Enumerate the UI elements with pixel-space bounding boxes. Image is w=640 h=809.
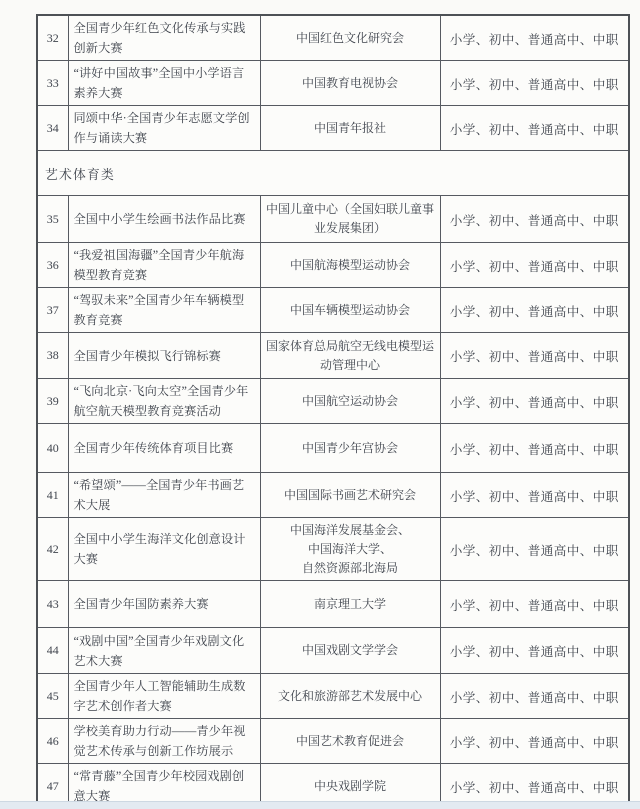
table-row: 42 全国中小学生海洋文化创意设计大赛 中国海洋发展基金会、 中国海洋大学、 自…	[37, 518, 629, 581]
table-row: 45 全国青少年人工智能辅助生成数字艺术创作者大赛 文化和旅游部艺术发展中心 小…	[37, 674, 629, 719]
organizer-cell: 中国儿童中心（全国妇联儿童事 业发展集团）	[260, 196, 440, 243]
row-number-cell: 39	[37, 379, 68, 424]
organizer-cell: 国家体育总局航空无线电模型运 动管理中心	[260, 333, 440, 379]
row-number-cell: 38	[37, 333, 68, 379]
organizer-cell: 中国航空运动协会	[260, 379, 440, 424]
organizer-cell: 中国航海模型运动协会	[260, 243, 440, 288]
school-levels-cell: 小学、初中、普通高中、中职	[440, 674, 629, 719]
school-levels-cell: 小学、初中、普通高中、中职	[440, 628, 629, 674]
competition-name-cell: 全国青少年红色文化传承与实践创新大赛	[68, 15, 260, 61]
competition-name-cell: 全国青少年国防素养大赛	[68, 581, 260, 628]
competition-name-cell: 全国青少年传统体育项目比赛	[68, 424, 260, 473]
row-number-cell: 32	[37, 15, 68, 61]
school-levels-cell: 小学、初中、普通高中、中职	[440, 379, 629, 424]
school-levels-cell: 小学、初中、普通高中、中职	[440, 424, 629, 473]
school-levels-cell: 小学、初中、普通高中、中职	[440, 61, 629, 106]
competition-name-cell: 全国中小学生绘画书法作品比赛	[68, 196, 260, 243]
competition-name-cell: 同颂中华·全国青少年志愿文学创作与诵读大赛	[68, 106, 260, 151]
school-levels-cell: 小学、初中、普通高中、中职	[440, 473, 629, 518]
competition-name-cell: “驾驭未来”全国青少年车辆模型教育竞赛	[68, 288, 260, 333]
school-levels-cell: 小学、初中、普通高中、中职	[440, 719, 629, 764]
organizer-cell: 文化和旅游部艺术发展中心	[260, 674, 440, 719]
row-number-cell: 35	[37, 196, 68, 243]
competition-name-cell: “希望颂”——全国青少年书画艺术大展	[68, 473, 260, 518]
table-row: 43 全国青少年国防素养大赛 南京理工大学 小学、初中、普通高中、中职	[37, 581, 629, 628]
organizer-cell: 中国教育电视协会	[260, 61, 440, 106]
row-number-cell: 42	[37, 518, 68, 581]
table-row: 44 “戏剧中国”全国青少年戏剧文化艺术大赛 中国戏剧文学学会 小学、初中、普通…	[37, 628, 629, 674]
table-row: 38 全国青少年模拟飞行锦标赛 国家体育总局航空无线电模型运 动管理中心 小学、…	[37, 333, 629, 379]
table-row: 40 全国青少年传统体育项目比赛 中国青少年宫协会 小学、初中、普通高中、中职	[37, 424, 629, 473]
table-row: 39 “飞向北京·飞向太空”全国青少年航空航天模型教育竞赛活动 中国航空运动协会…	[37, 379, 629, 424]
school-levels-cell: 小学、初中、普通高中、中职	[440, 196, 629, 243]
competition-name-cell: 全国青少年人工智能辅助生成数字艺术创作者大赛	[68, 674, 260, 719]
competition-name-cell: 学校美育助力行动——青少年视觉艺术传承与创新工作坊展示	[68, 719, 260, 764]
section-header-row: 艺术体育类	[37, 151, 629, 196]
row-number-cell: 45	[37, 674, 68, 719]
school-levels-cell: 小学、初中、普通高中、中职	[440, 581, 629, 628]
footer-strip	[0, 801, 640, 809]
table-row: 32 全国青少年红色文化传承与实践创新大赛 中国红色文化研究会 小学、初中、普通…	[37, 15, 629, 61]
row-number-cell: 40	[37, 424, 68, 473]
competition-name-cell: 全国中小学生海洋文化创意设计大赛	[68, 518, 260, 581]
row-number-cell: 33	[37, 61, 68, 106]
competition-name-cell: “我爱祖国海疆”全国青少年航海模型教育竞赛	[68, 243, 260, 288]
row-number-cell: 37	[37, 288, 68, 333]
school-levels-cell: 小学、初中、普通高中、中职	[440, 518, 629, 581]
table-row: 36 “我爱祖国海疆”全国青少年航海模型教育竞赛 中国航海模型运动协会 小学、初…	[37, 243, 629, 288]
row-number-cell: 41	[37, 473, 68, 518]
school-levels-cell: 小学、初中、普通高中、中职	[440, 106, 629, 151]
organizer-cell: 中国青少年宫协会	[260, 424, 440, 473]
row-number-cell: 44	[37, 628, 68, 674]
table-row: 35 全国中小学生绘画书法作品比赛 中国儿童中心（全国妇联儿童事 业发展集团） …	[37, 196, 629, 243]
organizer-cell: 中国车辆模型运动协会	[260, 288, 440, 333]
row-number-cell: 46	[37, 719, 68, 764]
competition-name-cell: “飞向北京·飞向太空”全国青少年航空航天模型教育竞赛活动	[68, 379, 260, 424]
school-levels-cell: 小学、初中、普通高中、中职	[440, 333, 629, 379]
organizer-cell: 中国艺术教育促进会	[260, 719, 440, 764]
row-number-cell: 34	[37, 106, 68, 151]
table-row: 41 “希望颂”——全国青少年书画艺术大展 中国国际书画艺术研究会 小学、初中、…	[37, 473, 629, 518]
table-row: 37 “驾驭未来”全国青少年车辆模型教育竞赛 中国车辆模型运动协会 小学、初中、…	[37, 288, 629, 333]
section-header-cell: 艺术体育类	[37, 151, 629, 196]
row-number-cell: 43	[37, 581, 68, 628]
school-levels-cell: 小学、初中、普通高中、中职	[440, 288, 629, 333]
competition-name-cell: 全国青少年模拟飞行锦标赛	[68, 333, 260, 379]
organizer-cell: 中国红色文化研究会	[260, 15, 440, 61]
organizer-cell: 南京理工大学	[260, 581, 440, 628]
organizer-cell: 中国青年报社	[260, 106, 440, 151]
row-number-cell: 36	[37, 243, 68, 288]
table-row: 33 “讲好中国故事”全国中小学语言素养大赛 中国教育电视协会 小学、初中、普通…	[37, 61, 629, 106]
organizer-cell: 中国戏剧文学学会	[260, 628, 440, 674]
document-page: 32 全国青少年红色文化传承与实践创新大赛 中国红色文化研究会 小学、初中、普通…	[0, 0, 640, 809]
school-levels-cell: 小学、初中、普通高中、中职	[440, 15, 629, 61]
competition-name-cell: “讲好中国故事”全国中小学语言素养大赛	[68, 61, 260, 106]
organizer-cell: 中国国际书画艺术研究会	[260, 473, 440, 518]
competition-table: 32 全国青少年红色文化传承与实践创新大赛 中国红色文化研究会 小学、初中、普通…	[36, 14, 630, 809]
organizer-cell: 中国海洋发展基金会、 中国海洋大学、 自然资源部北海局	[260, 518, 440, 581]
competition-name-cell: “戏剧中国”全国青少年戏剧文化艺术大赛	[68, 628, 260, 674]
table-row: 46 学校美育助力行动——青少年视觉艺术传承与创新工作坊展示 中国艺术教育促进会…	[37, 719, 629, 764]
school-levels-cell: 小学、初中、普通高中、中职	[440, 243, 629, 288]
table-row: 34 同颂中华·全国青少年志愿文学创作与诵读大赛 中国青年报社 小学、初中、普通…	[37, 106, 629, 151]
